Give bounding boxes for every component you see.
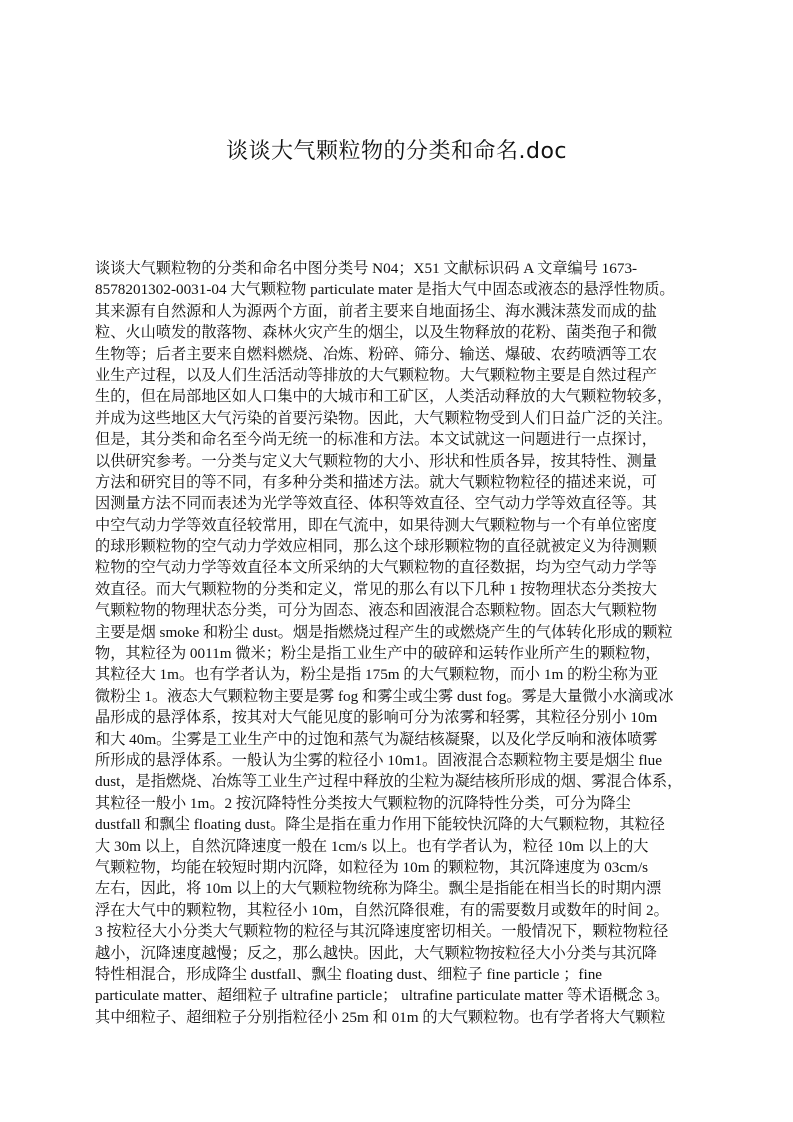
body-line: 以供研究参考。一分类与定义大气颗粒物的大小、形状和性质各异，按其特性、测量 — [95, 451, 707, 472]
body-line: 生的，但在局部地区如人口集中的大城市和工矿区，人类活动释放的大气颗粒物较多， — [95, 386, 707, 407]
body-line: 气颗粒物的物理状态分类，可分为固态、液态和固液混合态颗粒物。固态大气颗粒物 — [95, 600, 707, 621]
body-line: 越小，沉降速度越慢；反之，那么越快。因此，大气颗粒物按粒径大小分类与其沉降 — [95, 943, 707, 964]
body-line: 生物等；后者主要来自燃料燃烧、冶炼、粉碎、筛分、输送、爆破、农药喷洒等工农 — [95, 344, 707, 365]
body-line: dust，是指燃烧、冶炼等工业生产过程中释放的尘粒为凝结核所形成的烟、雾混合体系… — [95, 771, 707, 792]
body-line: 和大 40m。尘雾是工业生产中的过饱和蒸气为凝结核凝聚，以及化学反响和液体喷雾 — [95, 729, 707, 750]
body-line: 但是，其分类和命名至今尚无统一的标准和方法。本文试就这一问题进行一点探讨， — [95, 429, 707, 450]
body-line: 所形成的悬浮体系。一般认为尘雾的粒径小 10m1。固液混合态颗粒物主要是烟尘 f… — [95, 750, 707, 771]
body-line: particulate matter、超细粒子 ultrafine partic… — [95, 985, 707, 1006]
body-line: 粒、火山喷发的散落物、森林火灾产生的烟尘，以及生物释放的花粉、菌类孢子和微 — [95, 322, 707, 343]
body-line: 左右，因此，将 10m 以上的大气颗粒物统称为降尘。飘尘是指能在相当长的时期内漂 — [95, 878, 707, 899]
body-line: 粒物的空气动力学等效直径本文所采纳的大气颗粒物的直径数据，均为空气动力学等 — [95, 557, 707, 578]
body-line: 其中细粒子、超细粒子分别指粒径小 25m 和 01m 的大气颗粒物。也有学者将大… — [95, 1007, 707, 1028]
body-line: 晶形成的悬浮体系，按其对大气能见度的影响可分为浓雾和轻雾，其粒径分别小 10m — [95, 707, 707, 728]
body-line: 8578201302-0031-04 大气颗粒物 particulate mat… — [95, 279, 707, 300]
document-title: 谈谈大气颗粒物的分类和命名.doc — [0, 136, 793, 168]
body-line: 微粉尘 1。液态大气颗粒物主要是雾 fog 和雾尘或尘雾 dust fog。雾是… — [95, 686, 707, 707]
body-line: 特性相混合，形成降尘 dustfall、飘尘 floating dust、细粒子… — [95, 964, 707, 985]
body-line: 因测量方法不同而表述为光学等效直径、体积等效直径、空气动力学等效直径等。其 — [95, 493, 707, 514]
body-line: dustfall 和飘尘 floating dust。降尘是指在重力作用下能较快… — [95, 814, 707, 835]
body-line: 的球形颗粒物的空气动力学效应相同，那么这个球形颗粒物的直径就被定义为待测颗 — [95, 536, 707, 557]
body-line: 业生产过程，以及人们生活活动等排放的大气颗粒物。大气颗粒物主要是自然过程产 — [95, 365, 707, 386]
body-line: 其粒径一般小 1m。2 按沉降特性分类按大气颗粒物的沉降特性分类，可分为降尘 — [95, 793, 707, 814]
document-page: 谈谈大气颗粒物的分类和命名.doc 谈谈大气颗粒物的分类和命名中图分类号 N04… — [0, 0, 793, 1122]
body-line: 中空气动力学等效直径较常用，即在气流中，如果待测大气颗粒物与一个有单位密度 — [95, 515, 707, 536]
body-line: 其粒径大 1m。也有学者认为，粉尘是指 175m 的大气颗粒物，而小 1m 的粉… — [95, 664, 707, 685]
body-line: 谈谈大气颗粒物的分类和命名中图分类号 N04；X51 文献标识码 A 文章编号 … — [95, 258, 707, 279]
body-line: 并成为这些地区大气污染的首要污染物。因此，大气颗粒物受到人们日益广泛的关注。 — [95, 408, 707, 429]
body-line: 方法和研究目的等不同，有多种分类和描述方法。就大气颗粒物粒径的描述来说，可 — [95, 472, 707, 493]
body-line: 物，其粒径为 0011m 微米；粉尘是指工业生产中的破碎和运转作业所产生的颗粒物… — [95, 643, 707, 664]
body-line: 大 30m 以上，自然沉降速度一般在 1cm/s 以上。也有学者认为，粒径 10… — [95, 836, 707, 857]
document-body: 谈谈大气颗粒物的分类和命名中图分类号 N04；X51 文献标识码 A 文章编号 … — [95, 258, 707, 1028]
body-line: 气颗粒物，均能在较短时期内沉降，如粒径为 10m 的颗粒物，其沉降速度为 03c… — [95, 857, 707, 878]
body-line: 浮在大气中的颗粒物，其粒径小 10m，自然沉降很难，有的需要数月或数年的时间 2… — [95, 900, 707, 921]
body-line: 3 按粒径大小分类大气颗粒物的粒径与其沉降速度密切相关。一般情况下，颗粒物粒径 — [95, 921, 707, 942]
body-line: 效直径。而大气颗粒物的分类和定义，常见的那么有以下几种 1 按物理状态分类按大 — [95, 579, 707, 600]
body-line: 其来源有自然源和人为源两个方面，前者主要来自地面扬尘、海水溅沫蒸发而成的盐 — [95, 301, 707, 322]
body-line: 主要是烟 smoke 和粉尘 dust。烟是指燃烧过程产生的或燃烧产生的气体转化… — [95, 622, 707, 643]
